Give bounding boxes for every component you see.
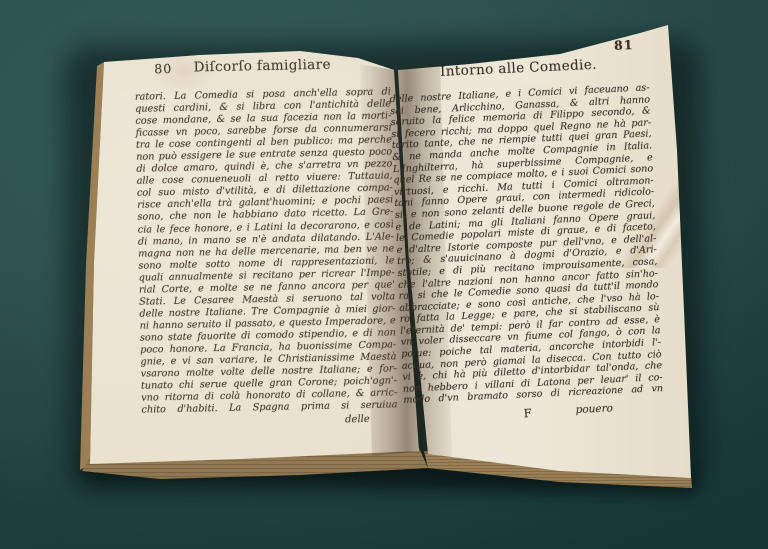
- right-running-title: Intorno alle Comedie.: [388, 54, 648, 82]
- left-page-content: 80 Diſcorſo famigliare ratori. La Comedi…: [134, 55, 398, 430]
- left-page-header: 80 Diſcorſo famigliare: [134, 55, 390, 79]
- photo-open-antique-book: 80 Diſcorſo famigliare ratori. La Comedi…: [0, 0, 768, 549]
- right-page-content: 81 Intorno alle Comedie. delle nostre It…: [387, 36, 664, 426]
- right-page-body: delle nostre Italiane, e i Comici vi fac…: [389, 82, 663, 407]
- left-page-number: 80: [154, 61, 172, 76]
- right-catchword: pouero: [575, 402, 613, 416]
- right-page-number: 81: [614, 37, 634, 53]
- left-page-body: ratori. La Comedia si posa anch'ella sop…: [135, 86, 398, 417]
- gathering-signature: F: [523, 406, 532, 420]
